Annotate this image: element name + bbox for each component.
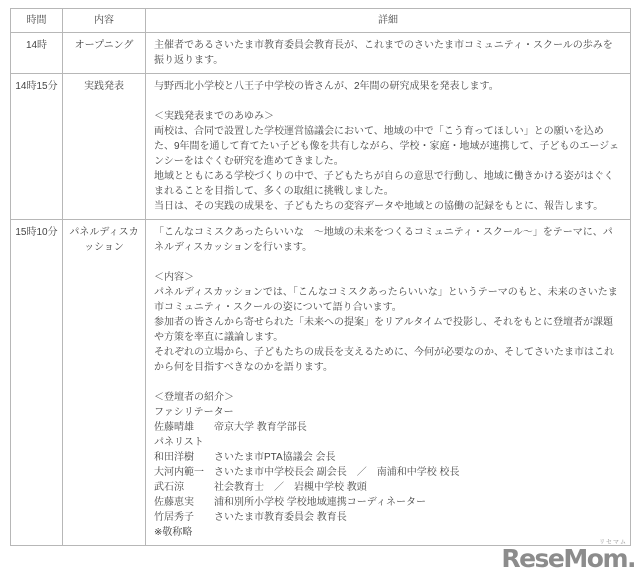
- column-header-details: 詳細: [146, 9, 631, 33]
- time-cell: 15時10分: [11, 220, 63, 546]
- time-cell: 14時: [11, 33, 63, 74]
- details-cell: 主催者であるさいたま市教育委員会教育長が、これまでのさいたま市コミュニティ・スク…: [146, 33, 631, 74]
- content-cell: 実践発表: [63, 74, 146, 220]
- column-header-time: 時間: [11, 9, 63, 33]
- details-cell: 「こんなコミスクあったらいいな ～地域の未来をつくるコミュニティ・スクール～」を…: [146, 220, 631, 546]
- resemom-logo: リセマム ReseMom.: [507, 540, 637, 576]
- table-row: 15時10分 パネルディスカッション 「こんなコミスクあったらいいな ～地域の未…: [11, 220, 631, 546]
- table-row: 14時 オープニング 主催者であるさいたま市教育委員会教育長が、これまでのさいた…: [11, 33, 631, 74]
- event-schedule-table: 時間 内容 詳細 14時 オープニング 主催者であるさいたま市教育委員会教育長が…: [10, 8, 631, 546]
- table-row: 14時15分 実践発表 与野西北小学校と八王子中学校の皆さんが、2年間の研究成果…: [11, 74, 631, 220]
- column-header-content: 内容: [63, 9, 146, 33]
- content-cell: パネルディスカッション: [63, 220, 146, 546]
- table-header-row: 時間 内容 詳細: [11, 9, 631, 33]
- time-cell: 14時15分: [11, 74, 63, 220]
- resemom-logo-text: ReseMom.: [501, 545, 635, 573]
- details-cell: 与野西北小学校と八王子中学校の皆さんが、2年間の研究成果を発表します。 ＜実践発…: [146, 74, 631, 220]
- content-cell: オープニング: [63, 33, 146, 74]
